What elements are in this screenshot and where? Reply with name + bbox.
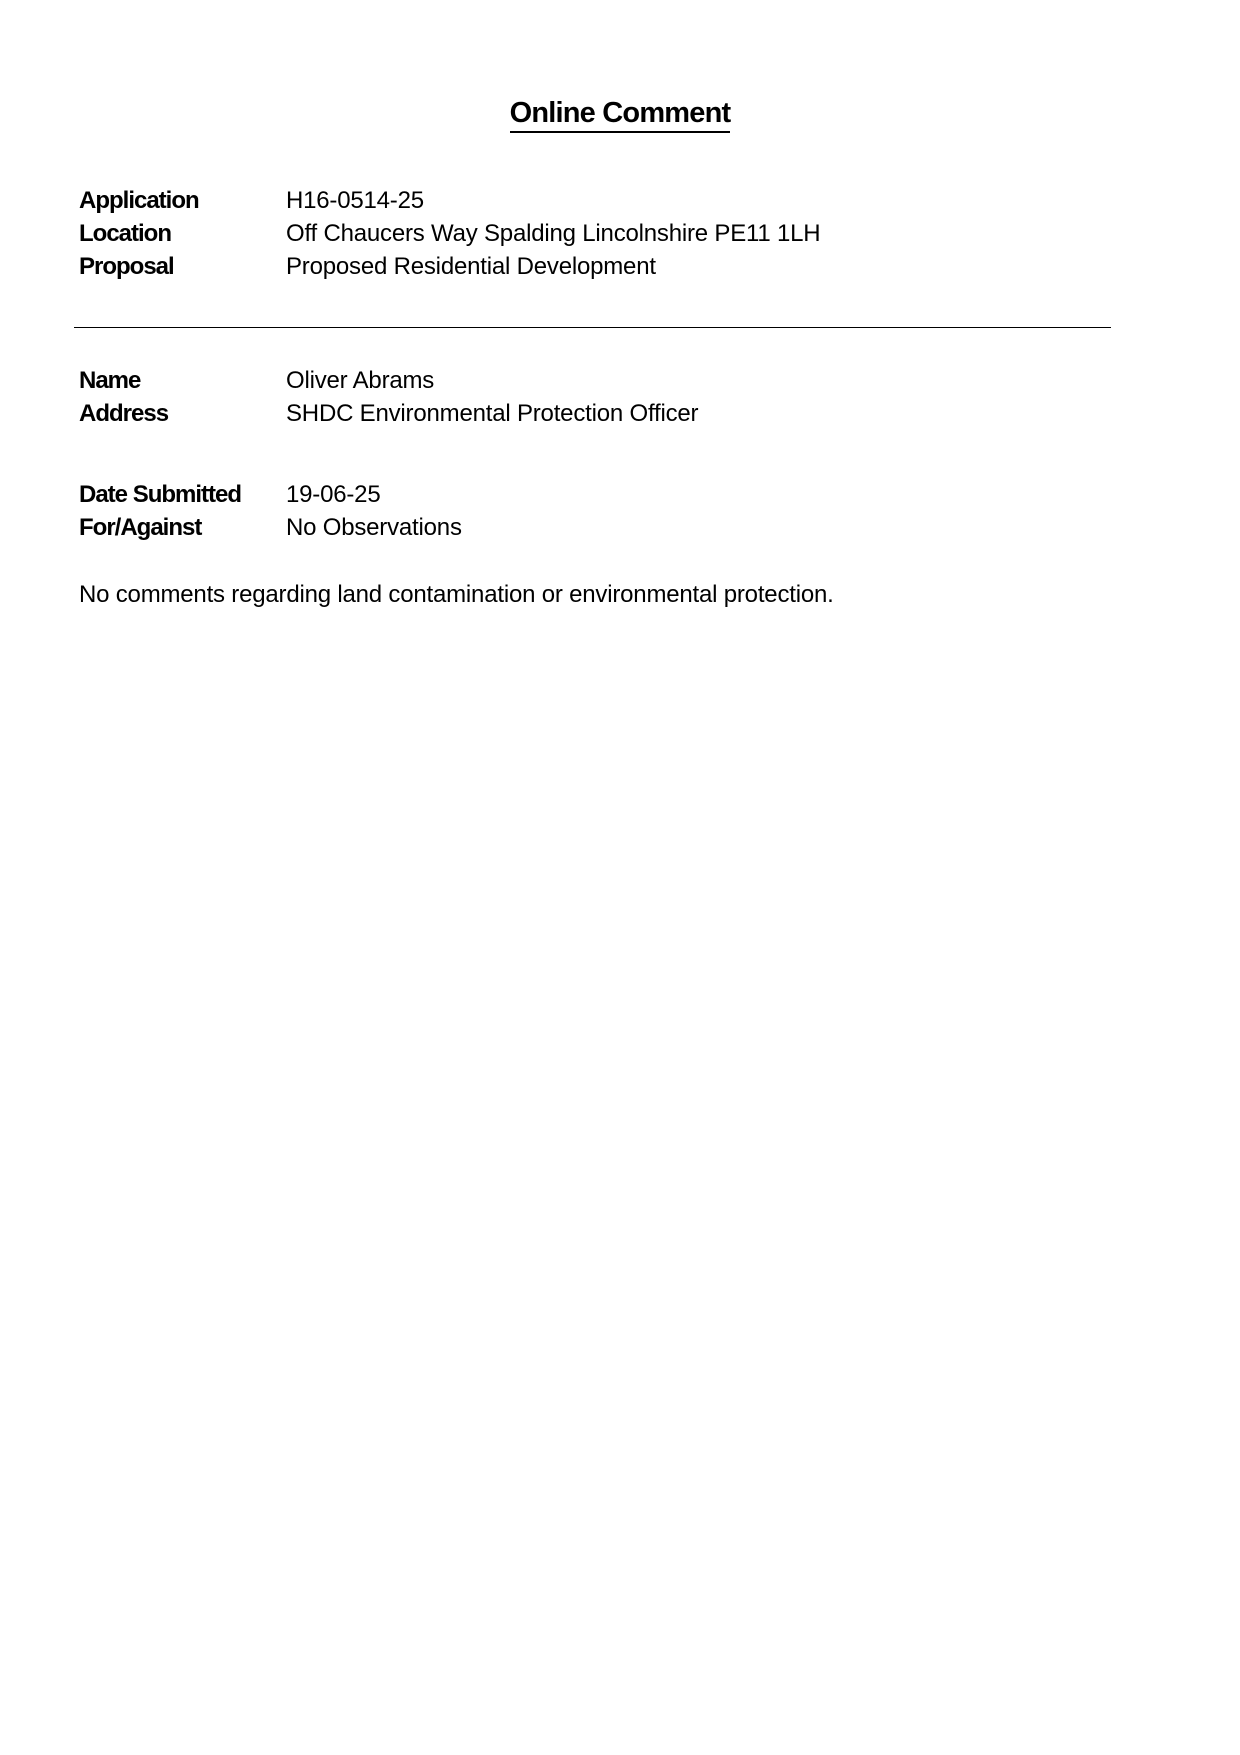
field-value: Oliver Abrams [286, 364, 434, 398]
comment-text: No comments regarding land contamination… [79, 578, 834, 612]
title-text: Online Comment [510, 96, 731, 133]
field-value: Off Chaucers Way Spalding Lincolnshire P… [286, 217, 820, 251]
field-value: H16-0514-25 [286, 184, 424, 218]
field-value: No Observations [286, 511, 462, 545]
field-label: Proposal [79, 250, 174, 284]
field-label: For/Against [79, 511, 201, 545]
field-value: SHDC Environmental Protection Officer [286, 397, 698, 431]
field-label: Name [79, 364, 140, 398]
page-title: Online Comment [0, 96, 1240, 133]
field-label: Date Submitted [79, 478, 241, 512]
field-value: 19-06-25 [286, 478, 380, 512]
field-label: Location [79, 217, 171, 251]
field-label: Address [79, 397, 168, 431]
field-label: Application [79, 184, 199, 218]
section-divider [74, 327, 1111, 328]
field-value: Proposed Residential Development [286, 250, 656, 284]
